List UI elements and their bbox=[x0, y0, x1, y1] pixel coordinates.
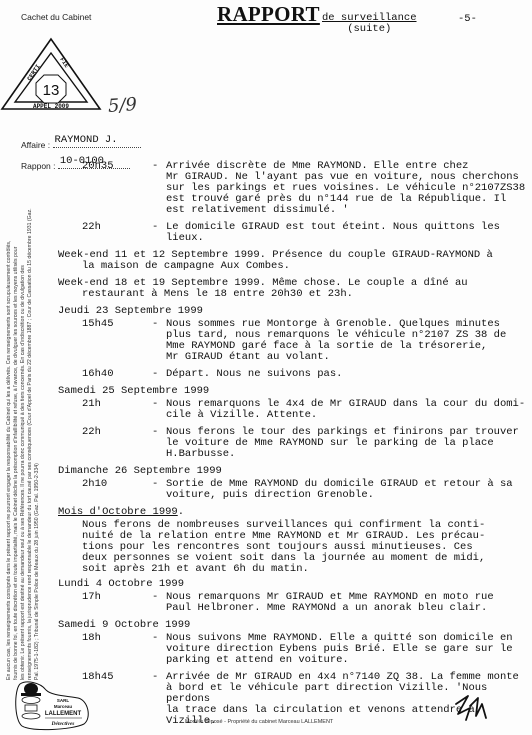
report-page: Cachet du Cabinet RAPPORT de surveillanc… bbox=[0, 0, 532, 735]
svg-text:APPEL 2009: APPEL 2009 bbox=[33, 103, 69, 110]
entry-time: 20h35 bbox=[58, 161, 152, 216]
log-entry: 15h45 - Nous sommes rue Montorge à Greno… bbox=[58, 319, 528, 363]
entry-time: 22h bbox=[58, 222, 152, 244]
svg-text:LALLEMENT: LALLEMENT bbox=[45, 711, 82, 717]
certification-stamp-icon: 13 CERTI FIE APPEL 2009 bbox=[0, 37, 104, 113]
log-entry: 21h - Nous remarquons le 4x4 de Mr GIRAU… bbox=[58, 399, 528, 421]
day-heading: Samedi 9 Octobre 1999 bbox=[58, 620, 528, 631]
weekend-paragraph: Week-end 18 et 19 Septembre 1999. Même c… bbox=[58, 278, 528, 300]
log-entry: 16h40 - Départ. Nous ne suivons pas. bbox=[58, 369, 528, 380]
log-entry: 20h35 - Arrivée discrète de Mme RAYMOND.… bbox=[58, 161, 528, 216]
log-entry: 22h - Nous ferons le tour des parkings e… bbox=[58, 427, 528, 460]
svg-text:FIE: FIE bbox=[58, 56, 70, 69]
log-entry: 17h - Nous remarquons Mr GIRAUD et Mme R… bbox=[58, 592, 528, 614]
log-entry: 18h - Nous suivons Mme RAYMOND. Elle a q… bbox=[58, 633, 528, 666]
day-heading: Dimanche 26 Septembre 1999 bbox=[58, 466, 528, 477]
day-heading: Samedi 25 Septembre 1999 bbox=[58, 386, 528, 397]
footer-text: Modèle déposé - Propriété du cabinet Mar… bbox=[185, 719, 333, 725]
page-number: -5- bbox=[458, 13, 477, 25]
month-heading: Mois d'Octobre 1999. bbox=[58, 507, 528, 518]
day-heading: Lundi 4 Octobre 1999 bbox=[58, 579, 528, 590]
agency-logo-icon: SARL Marceau LALLEMENT Détectives bbox=[12, 680, 90, 732]
affaire-value: RAYMOND J. bbox=[55, 134, 118, 146]
svg-text:Marceau: Marceau bbox=[54, 704, 73, 709]
handwritten-note: 5/9 bbox=[107, 94, 137, 117]
month-summary: Nous ferons de nombreuses surveillances … bbox=[58, 520, 528, 575]
entry-text: Le domicile GIRAUD est tout éteint. Nous… bbox=[166, 222, 528, 244]
report-subtitle: de surveillance (suite) bbox=[322, 13, 417, 35]
cachet-label: Cachet du Cabinet bbox=[21, 12, 91, 22]
signature-icon bbox=[448, 692, 498, 724]
report-title: RAPPORT bbox=[217, 2, 320, 27]
svg-text:SARL: SARL bbox=[57, 698, 70, 703]
subtitle-line-2: (suite) bbox=[347, 23, 391, 35]
svg-text:Détectives: Détectives bbox=[51, 721, 75, 727]
svg-text:13: 13 bbox=[43, 82, 60, 99]
entry-text: Arrivée discrète de Mme RAYMOND. Elle en… bbox=[166, 161, 528, 216]
day-heading: Jeudi 23 Septembre 1999 bbox=[58, 306, 528, 317]
report-body: 20h35 - Arrivée discrète de Mme RAYMOND.… bbox=[58, 161, 528, 733]
weekend-paragraph: Week-end 11 et 12 Septembre 1999. Présen… bbox=[58, 250, 528, 272]
legal-disclaimer: En aucun cas, les renseignements consign… bbox=[6, 140, 46, 680]
log-entry: 22h - Le domicile GIRAUD est tout éteint… bbox=[58, 222, 528, 244]
log-entry: 2h10 - Sortie de Mme RAYMOND du domicile… bbox=[58, 479, 528, 501]
